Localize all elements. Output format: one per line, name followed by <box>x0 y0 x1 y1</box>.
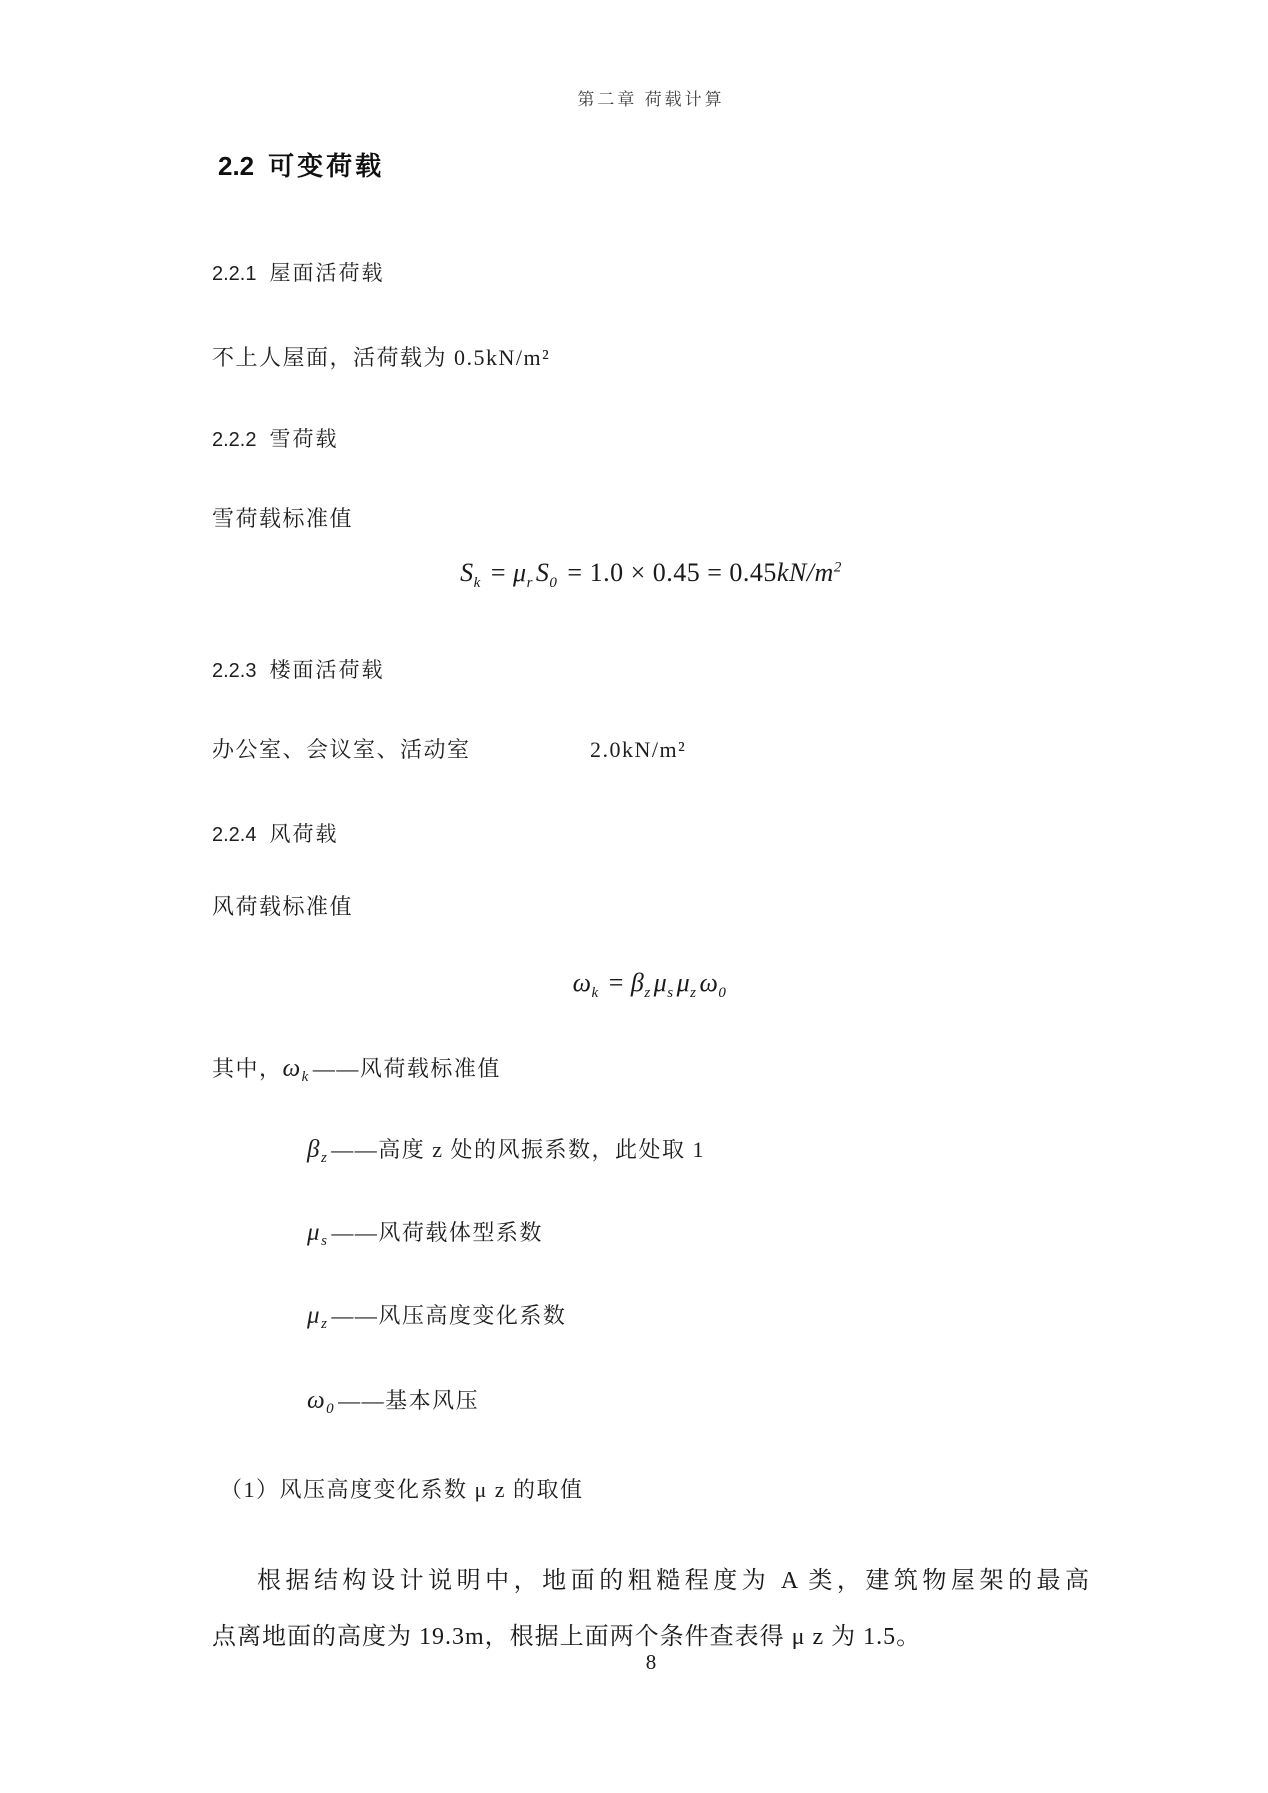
subsection-number: 2.2.1 <box>212 263 256 285</box>
where-clause: 其中，ωk——风荷载标准值 <box>212 1052 501 1086</box>
wind-load-formula: ωk = βzμsμzω0 <box>212 968 1090 1002</box>
formula-operator: = 1.0 × 0.45 = 0.45 <box>560 558 777 587</box>
page-number: 8 <box>212 1650 1090 1675</box>
running-header: 第二章 荷载计算 <box>212 85 1090 110</box>
subscript: s <box>321 1233 328 1249</box>
definition-beta-z: βz——高度 z 处的风振系数，此处取 1 <box>307 1133 705 1167</box>
subscript: r <box>527 575 533 591</box>
subsection-heading-floor-live-load: 2.2.3楼面活荷载 <box>212 654 384 684</box>
definition-text: ——风荷载体型系数 <box>331 1220 543 1245</box>
superscript: 2 <box>834 559 842 575</box>
formula-operator: = <box>602 968 631 997</box>
formula-var: μ <box>307 1219 321 1246</box>
subscript: 0 <box>718 985 726 1001</box>
formula-var: μ <box>513 558 527 587</box>
room-list: 办公室、会议室、活动室 <box>212 737 471 762</box>
subsection-heading-roof-live-load: 2.2.1屋面活荷载 <box>212 257 384 287</box>
subsection-number: 2.2.4 <box>212 824 256 846</box>
formula-var: μ <box>677 968 691 997</box>
subsection-number: 2.2.2 <box>212 429 256 451</box>
formula-var: S <box>536 558 550 587</box>
subscript: k <box>592 985 599 1001</box>
snow-load-label: 雪荷载标准值 <box>212 503 353 535</box>
roof-live-load-text: 不上人屋面，活荷载为 0.5kN/m² <box>212 342 550 374</box>
subsection-title: 雪荷载 <box>269 427 338 451</box>
formula-var: β <box>307 1136 321 1163</box>
formula-unit: kN/m <box>777 558 834 587</box>
definition-text: ——高度 z 处的风振系数，此处取 1 <box>331 1137 705 1162</box>
subscript: z <box>321 1316 328 1332</box>
subscript: z <box>690 985 696 1001</box>
formula-var: ω <box>699 968 718 997</box>
subscript: 0 <box>549 575 557 591</box>
definition-mu-s: μs——风荷载体型系数 <box>307 1216 543 1250</box>
subscript: z <box>644 985 650 1001</box>
definition-omega-0: ω0——基本风压 <box>307 1384 479 1418</box>
formula-operator: = <box>484 558 513 587</box>
subsection-title: 风荷载 <box>269 822 338 846</box>
subscript: z <box>321 1150 328 1166</box>
formula-var: S <box>460 558 474 587</box>
list-item-mu-z-value: （1）风压高度变化系数 μ z 的取值 <box>220 1474 584 1506</box>
formula-var: ω <box>573 968 592 997</box>
definition-mu-z: μz——风压高度变化系数 <box>307 1299 566 1333</box>
subsection-title: 屋面活荷载 <box>269 261 384 285</box>
document-page: 第二章 荷载计算 2.2可变荷载 2.2.1屋面活荷载 不上人屋面，活荷载为 0… <box>0 0 1268 1793</box>
subscript: k <box>302 1069 310 1085</box>
where-text: ——风荷载标准值 <box>313 1056 501 1081</box>
subsection-number: 2.2.3 <box>212 660 256 682</box>
formula-var: ω <box>307 1387 326 1414</box>
subscript: k <box>474 575 481 591</box>
subscript: 0 <box>326 1401 335 1417</box>
floor-load-row: 办公室、会议室、活动室 2.0kN/m² <box>212 734 471 766</box>
subsection-heading-snow-load: 2.2.2雪荷载 <box>212 423 338 453</box>
floor-load-value: 2.0kN/m² <box>590 734 686 766</box>
formula-var: β <box>631 968 644 997</box>
section-number: 2.2 <box>218 151 254 181</box>
definition-text: ——基本风压 <box>338 1388 479 1413</box>
snow-load-formula: Sk = μrS0 = 1.0 × 0.45 = 0.45kN/m2 <box>212 558 1090 592</box>
formula-var: μ <box>307 1302 321 1329</box>
paragraph-line-2: 点离地面的高度为 19.3m，根据上面两个条件查表得 μ z 为 1.5。 <box>212 1616 921 1651</box>
subscript: s <box>667 985 673 1001</box>
wind-load-label: 风荷载标准值 <box>212 891 353 923</box>
formula-var: μ <box>654 968 668 997</box>
formula-var: ω <box>283 1055 302 1082</box>
subsection-title: 楼面活荷载 <box>269 658 384 682</box>
definition-text: ——风压高度变化系数 <box>331 1303 566 1328</box>
section-heading: 2.2可变荷载 <box>218 146 384 183</box>
where-prefix: 其中， <box>212 1056 283 1081</box>
section-title: 可变荷载 <box>268 151 384 181</box>
paragraph-line-1: 根据结构设计说明中，地面的粗糙程度为 A 类，建筑物屋架的最高 <box>257 1560 1090 1595</box>
subsection-heading-wind-load: 2.2.4风荷载 <box>212 818 338 848</box>
